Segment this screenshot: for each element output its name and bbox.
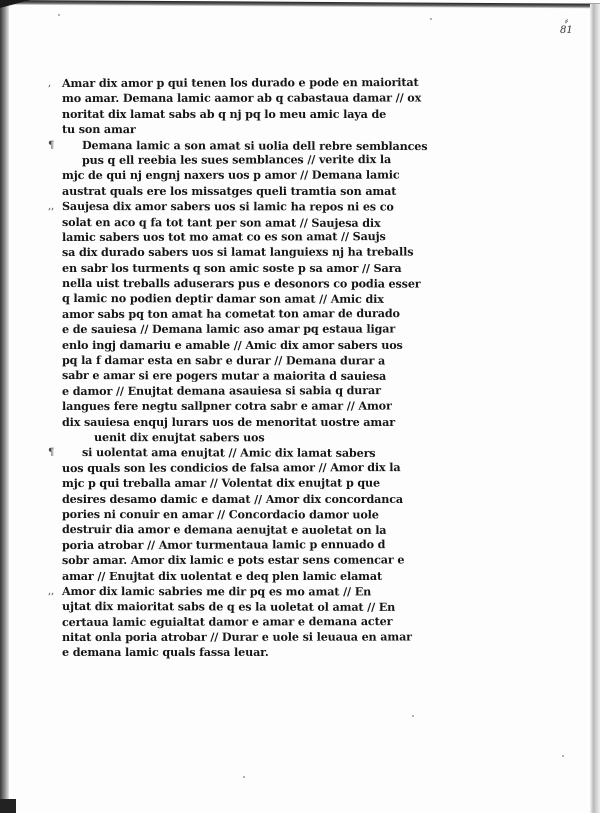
manuscript-line-text: mo amar. Demana lamic aamor ab q cabasta… [62, 91, 421, 106]
scan-edge-left [0, 0, 9, 813]
manuscript-line-text: e de sauiesa // Demana lamic aso amar pq… [62, 322, 395, 336]
manuscript-line-text: mjc p qui treballa amar // Volentat dix … [62, 476, 380, 490]
manuscript-line-text: mjc de qui nj engnj naxers uos p amor //… [62, 168, 400, 182]
manuscript-line-text: amor sabs pq ton amat ha cometat ton ama… [62, 306, 400, 321]
manuscript-line: noritat dix lamat sabs ab q nj pq lo meu… [62, 107, 462, 122]
manuscript-line-text: sa dix durado sabers uos si lamat langui… [62, 245, 413, 259]
manuscript-line-text: solat en aco q fa tot tant per son amat … [62, 215, 381, 230]
manuscript-line-text: Saujesa dix amor sabers uos si lamic ha … [62, 199, 394, 213]
manuscript-line-text: lamic sabers uos tot mo amat co es son a… [62, 229, 386, 244]
manuscript-line: poria atrobar // Amor turmentaua lamic p… [62, 537, 462, 554]
manuscript-line-text: amar // Enujtat dix uolentat e deq plen … [62, 569, 382, 583]
manuscript-line: ‚‚Amor dix lamic sabries me dir pq es mo… [62, 584, 462, 600]
manuscript-line-text: enlo ingj damariu e amable // Amic dix a… [62, 338, 403, 352]
manuscript-line-text: si uolentat ama enujtat // Amic dix lama… [82, 445, 376, 460]
manuscript-line-text: Amar dix amor p qui tenen los durado e p… [62, 75, 419, 90]
manuscript-line-text: uenit dix enujtat sabers uos [94, 430, 265, 444]
manuscript-line: pq la f damar esta en sabr e durar // De… [62, 353, 462, 369]
manuscript-line: certaua lamic eguialtat damor e amar e d… [62, 614, 462, 631]
manuscript-line: ‚‚Saujesa dix amor sabers uos si lamic h… [62, 199, 462, 215]
manuscript-line-text: nella uist treballs aduserars pus e deso… [62, 276, 421, 291]
folio-number: ⸗ 81 [560, 16, 573, 36]
margin-marker: ¶ [48, 445, 54, 460]
manuscript-line: mo amar. Demana lamic aamor ab q cabasta… [62, 91, 462, 107]
manuscript-line: uos quals son les condicios de falsa amo… [62, 460, 462, 477]
manuscript-line: nitat onla poria atrobar // Durar e uole… [62, 630, 462, 646]
manuscript-line: lamic sabers uos tot mo amat co es son a… [62, 229, 462, 246]
manuscript-line-text: e damor // Enujtat demana asauiesa si sa… [62, 383, 381, 398]
manuscript-line-text: Amor dix lamic sabries me dir pq es mo a… [62, 584, 371, 598]
manuscript-line-text: tu son amar [62, 122, 136, 136]
manuscript-line: pus q ell reebia les sues semblances // … [62, 152, 462, 169]
manuscript-line: dix sauiesa enquj lurars uos de menorita… [62, 415, 462, 430]
manuscript-line: uenit dix enujtat sabers uos [62, 430, 462, 446]
manuscript-line-text: sobr amar. Amor dix lamic e pots estar s… [62, 553, 404, 567]
manuscript-line-text: uos quals son les condicios de falsa amo… [62, 460, 401, 475]
scan-edge-right [590, 4, 600, 813]
manuscript-line: mjc de qui nj engnj naxers uos p amor //… [62, 168, 462, 184]
manuscript-line: austrat quals ere los missatges queli tr… [62, 184, 462, 199]
manuscript-line: mjc p qui treballa amar // Volentat dix … [62, 476, 462, 492]
manuscript-line: e demana lamic quals fassa leuar. [62, 645, 462, 660]
scan-speck [430, 18, 432, 20]
scan-speck [412, 715, 414, 717]
scan-speck [243, 776, 245, 778]
manuscript-line-text: certaua lamic eguialtat damor e amar e d… [62, 614, 392, 629]
manuscript-line: enlo ingj damariu e amable // Amic dix a… [62, 338, 462, 353]
manuscript-line-text: nitat onla poria atrobar // Durar e uole… [62, 630, 412, 644]
manuscript-line: sa dix durado sabers uos si lamat langui… [62, 245, 462, 261]
manuscript-line-text: austrat quals ere los missatges queli tr… [62, 184, 396, 198]
margin-marker: ¶ [48, 138, 54, 153]
manuscript-line: en sabr los turments q son amic soste p … [62, 261, 462, 276]
manuscript-line-text: e demana lamic quals fassa leuar. [62, 645, 269, 659]
manuscript-page: ⸗ 81 ‚Amar dix amor p qui tenen los dura… [0, 0, 600, 813]
manuscript-line: e de sauiesa // Demana lamic aso amar pq… [62, 322, 462, 338]
margin-marker: ‚ [48, 76, 51, 91]
manuscript-line-text: dix sauiesa enquj lurars uos de menorita… [62, 415, 395, 429]
manuscript-line: desires desamo damic e damat // Amor dix… [62, 492, 462, 507]
manuscript-line: sobr amar. Amor dix lamic e pots estar s… [62, 553, 462, 569]
manuscript-line: amor sabs pq ton amat ha cometat ton ama… [62, 306, 462, 323]
manuscript-line-text: q lamic no podien deptir damar son amat … [62, 291, 384, 306]
margin-marker: ‚‚ [48, 584, 54, 599]
manuscript-line-text: langues fere negtu sallpner cotra sabr e… [62, 399, 392, 413]
manuscript-line: langues fere negtu sallpner cotra sabr e… [62, 399, 462, 415]
manuscript-line-text: destruir dia amor e demana aenujtat e au… [62, 522, 386, 537]
manuscript-line-text: Demana lamic a son amat si uolia dell re… [82, 138, 427, 153]
manuscript-text-block: ‚Amar dix amor p qui tenen los durado e … [62, 76, 462, 661]
scan-edge-top [0, 0, 600, 9]
manuscript-line-text: pus q ell reebia les sues semblances // … [82, 152, 391, 167]
manuscript-line-text: en sabr los turments q son amic soste p … [62, 261, 401, 275]
manuscript-line-text: noritat dix lamat sabs ab q nj pq lo meu… [62, 107, 386, 121]
manuscript-line: pories ni conuir en amar // Concordacio … [62, 507, 462, 523]
manuscript-line: amar // Enujtat dix uolentat e deq plen … [62, 569, 462, 584]
margin-marker: ‚‚ [48, 199, 54, 214]
manuscript-line-text: pories ni conuir en amar // Concordacio … [62, 507, 379, 521]
manuscript-line-text: desires desamo damic e damat // Amor dix… [62, 492, 403, 506]
scan-speck [58, 14, 60, 16]
manuscript-line: tu son amar [62, 122, 462, 138]
manuscript-line: nella uist treballs aduserars pus e deso… [62, 276, 462, 292]
manuscript-line-text: sabr e amar si ere pogers mutar a maiori… [62, 368, 386, 383]
manuscript-line-text: poria atrobar // Amor turmentaua lamic p… [62, 537, 385, 552]
scan-corner-bottom-left [0, 799, 16, 813]
scan-speck [562, 755, 564, 757]
manuscript-line-text: pq la f damar esta en sabr e durar // De… [62, 353, 385, 367]
manuscript-line-text: ujtat dix maioritat sabs de q es la uole… [62, 599, 395, 614]
manuscript-line: e damor // Enujtat demana asauiesa si sa… [62, 383, 462, 400]
manuscript-line: ‚Amar dix amor p qui tenen los durado e … [62, 75, 462, 92]
